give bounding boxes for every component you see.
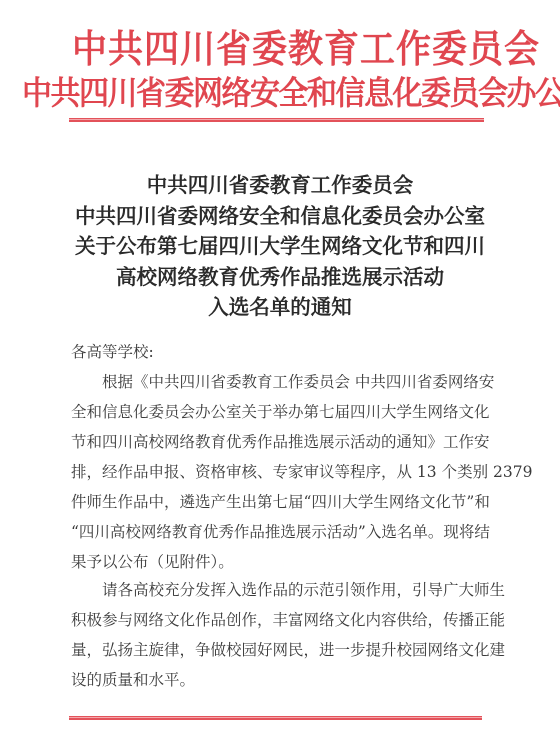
paragraph-line: 全和信息化委员会办公室关于举办第七届四川大学生网络文化 [71,397,482,427]
paragraph-line: 积极参与网络文化作品创作，丰富网络文化内容供给，传播正能 [71,605,482,635]
document-title: 中共四川省委教育工作委员会 中共四川省委网络安全和信息化委员会办公室 关于公布第… [0,170,560,323]
document-page: 中共四川省委教育工作委员会 中共四川省委网络安全和信息化委员会办公室 中共四川省… [0,0,560,754]
footer-red-rule [69,716,482,720]
paragraph-line: 根据《中共四川省委教育工作委员会 中共四川省委网络安 [71,367,482,397]
paragraph-line: “四川高校网络教育优秀作品推选展示活动”入选名单。现将结 [71,517,482,547]
paragraph-line: 果予以公布（见附件）。 [71,547,482,577]
title-line: 入选名单的通知 [0,292,560,323]
paragraph-line: 设的质量和水平。 [71,665,482,695]
title-line: 中共四川省委网络安全和信息化委员会办公室 [0,201,560,232]
letterhead-red-rule [69,118,484,122]
paragraph-line: 请各高校充分发挥入选作品的示范引领作用，引导广大师生 [71,575,482,605]
paragraph-1: 根据《中共四川省委教育工作委员会 中共四川省委网络安 全和信息化委员会办公室关于… [71,367,482,577]
paragraph-line: 件师生作品中，遴选产生出第七届“四川大学生网络文化节”和 [71,487,482,517]
paragraph-line: 排，经作品申报、资格审核、专家审议等程序，从 13 个类别 2379 [71,457,482,487]
title-line: 关于公布第七届四川大学生网络文化节和四川 [0,231,560,262]
paragraph-line: 节和四川高校网络教育优秀作品推选展示活动的通知》工作安 [71,427,482,457]
salutation: 各高等学校: [71,337,482,367]
title-line: 高校网络教育优秀作品推选展示活动 [0,262,560,293]
paragraph-2: 请各高校充分发挥入选作品的示范引领作用，引导广大师生 积极参与网络文化作品创作，… [71,575,482,695]
title-line: 中共四川省委教育工作委员会 [0,170,560,201]
letterhead-line-2: 中共四川省委网络安全和信息化委员会办公室 [22,66,560,114]
paragraph-line: 量，弘扬主旋律，争做校园好网民，进一步提升校园网络文化建 [71,635,482,665]
